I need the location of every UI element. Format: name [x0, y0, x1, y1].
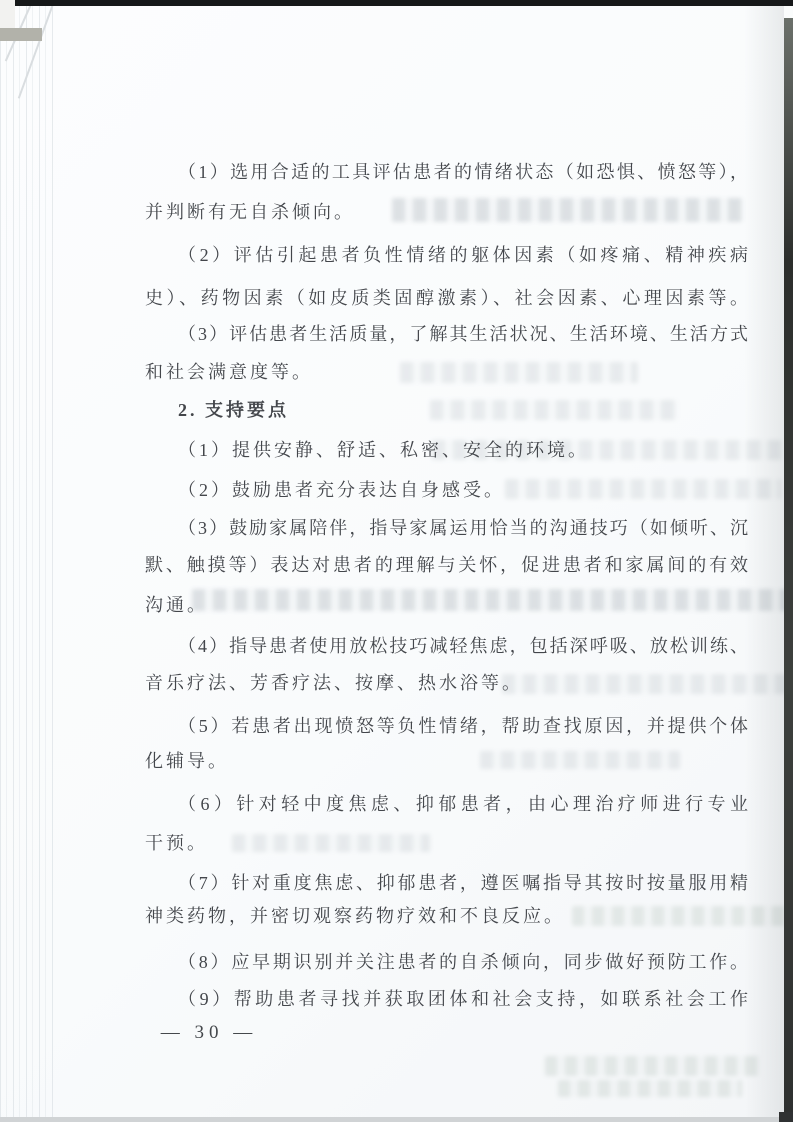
text-line-5: （3）评估患者生活质量，了解其生活状况、生活环境、生活方式 [145, 319, 748, 349]
scan-shading-right [744, 0, 784, 1122]
text-line-7: 2. 支持要点 [145, 395, 748, 425]
text-line-3: （2）评估引起患者负性情绪的躯体因素（如疼痛、精神疾病 [145, 240, 748, 270]
scan-edge-top-chip [0, 28, 42, 41]
text-line-19: （7）针对重度焦虑、抑郁患者，遵医嘱指导其按时按量服用精 [145, 868, 748, 898]
text-line-17: （6）针对轻中度焦虑、抑郁患者，由心理治疗师进行专业 [145, 789, 748, 819]
text-line-21: （8）应早期识别并关注患者的自杀倾向，同步做好预防工作。 [145, 947, 748, 977]
text-line-20: 神类药物，并密切观察药物疗效和不良反应。 [145, 901, 748, 931]
text-line-18: 干预。 [145, 828, 748, 858]
scan-edge-right [784, 18, 793, 1122]
scanned-page: （1）选用合适的工具评估患者的情绪状态（如恐惧、愤怒等），并判断有无自杀倾向。（… [0, 0, 793, 1122]
text-line-11: 默、触摸等）表达对患者的理解与关怀，促进患者和家属间的有效 [145, 550, 748, 580]
text-line-8: （1）提供安静、舒适、私密、安全的环境。 [145, 435, 748, 465]
text-line-6: 和社会满意度等。 [145, 357, 748, 387]
scan-edge-bottom [0, 1117, 793, 1122]
scan-page-stack-left [0, 0, 58, 1122]
text-line-10: （3）鼓励家属陪伴，指导家属运用恰当的沟通技巧（如倾听、沉 [145, 513, 748, 543]
scan-edge-bottom-corner [779, 1112, 793, 1122]
text-line-13: （4）指导患者使用放松技巧减轻焦虑，包括深呼吸、放松训练、 [145, 631, 748, 661]
scan-edge-top [0, 0, 793, 6]
text-line-15: （5）若患者出现愤怒等负性情绪，帮助查找原因，并提供个体 [145, 711, 748, 741]
text-line-9: （2）鼓励患者充分表达自身感受。 [145, 475, 748, 505]
text-line-1: （1）选用合适的工具评估患者的情绪状态（如恐惧、愤怒等）， [145, 157, 748, 187]
text-line-2: 并判断有无自杀倾向。 [145, 197, 748, 227]
text-line-14: 音乐疗法、芳香疗法、按摩、热水浴等。 [145, 668, 748, 698]
text-line-4: 史）、药物因素（如皮质类固醇激素）、社会因素、心理因素等。 [145, 283, 748, 313]
text-line-12: 沟通。 [145, 590, 748, 620]
bleed-through-ghost [558, 1080, 742, 1097]
page-number: — 30 — [148, 1020, 270, 1046]
bleed-through-ghost [545, 1056, 760, 1076]
text-line-16: 化辅导。 [145, 746, 748, 776]
text-line-22: （9）帮助患者寻找并获取团体和社会支持，如联系社会工作 [145, 984, 748, 1014]
